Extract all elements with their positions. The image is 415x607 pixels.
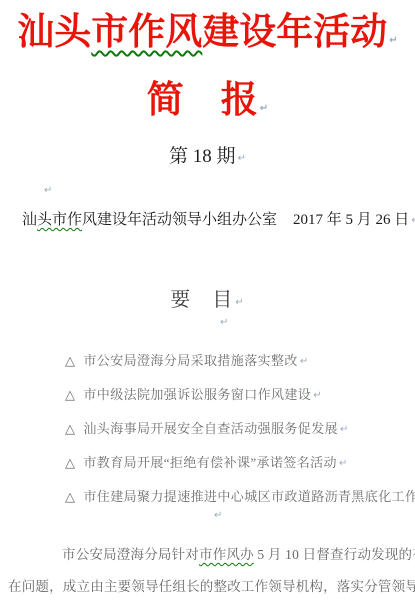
paragraph-mark-icon: ↵: [340, 424, 349, 435]
paragraph-mark-icon: ↵: [411, 215, 415, 226]
toc-heading-text: 要 目: [170, 289, 233, 311]
toc-item-text: 市教育局开展“拒绝有偿补课”承诺签名活动: [83, 455, 337, 470]
paragraph-mark-icon: ↵: [220, 317, 228, 328]
publisher-name-post: 风建设年活动领导小组办公室: [82, 212, 277, 228]
issue-number: 第 18 期↵: [0, 141, 415, 168]
toc-item: △市公安局澄海分局采取措施落实整改↵: [65, 350, 309, 369]
toc-item: △市住建局聚力提速推进中心城区市政道路沥青黑底化工作↵: [65, 486, 415, 505]
toc-item-text: 市公安局澄海分局采取措施落实整改: [83, 353, 297, 368]
masthead-title-pre: 汕头: [17, 12, 91, 53]
toc-item: △汕头海事局开展安全自查活动强服务促发展↵: [65, 418, 349, 437]
toc-item: △市中级法院加强诉讼服务窗口作风建设↵: [65, 384, 322, 403]
triangle-bullet-icon: △: [65, 422, 75, 437]
bulletin-page: 汕头市作风建设年活动↵ 简 报↵ 第 18 期↵ ↵ 汕头市作风建设年活动领导小…: [0, 0, 415, 607]
body-paragraph-line: 市公安局澄海分局针对市作风办 5 月 10 日督查行动发现的存: [62, 543, 415, 563]
publisher-line: 汕头市作风建设年活动领导小组办公室2017 年 5 月 26 日↵: [22, 208, 415, 229]
spellcheck-wavy-text: 市作风: [91, 12, 202, 53]
paragraph-mark-icon: ↵: [339, 458, 348, 469]
paragraph-mark-icon: ↵: [313, 390, 322, 401]
issue-number-text: 第 18 期: [169, 146, 236, 167]
masthead-title-post: 建设年活动: [202, 12, 387, 53]
paragraph-mark-icon: ↵: [260, 103, 268, 114]
toc-heading: 要 目↵: [0, 283, 415, 312]
masthead-title: 汕头市作风建设年活动↵: [0, 8, 415, 58]
paragraph-mark-icon: ↵: [300, 356, 309, 367]
triangle-bullet-icon: △: [65, 354, 75, 369]
paragraph-mark-icon: ↵: [44, 185, 52, 196]
paragraph-mark-icon: ↵: [214, 510, 222, 521]
paragraph-mark-icon: ↵: [238, 153, 246, 164]
triangle-bullet-icon: △: [65, 456, 75, 471]
body-text-post: 5 月 10 日督查行动发现的存: [254, 547, 415, 562]
paragraph-mark-icon: ↵: [389, 35, 397, 46]
bulletin-title: 简 报↵: [0, 78, 415, 124]
toc-item-text: 汕头海事局开展安全自查活动强服务促发展: [83, 421, 338, 436]
toc-item: △市教育局开展“拒绝有偿补课”承诺签名活动↵: [65, 452, 348, 471]
spellcheck-wavy-text: 市作风办: [199, 547, 254, 562]
body-text-pre: 市公安局澄海分局针对: [62, 547, 199, 562]
triangle-bullet-icon: △: [65, 490, 75, 505]
bulletin-title-text: 简 报: [147, 80, 258, 121]
publisher-name-pre: 汕: [22, 212, 37, 228]
publish-date: 2017 年 5 月 26 日: [293, 212, 409, 228]
paragraph-mark-icon: ↵: [235, 297, 244, 308]
toc-item-text: 市中级法院加强诉讼服务窗口作风建设: [83, 387, 311, 402]
body-paragraph-line: 在问题，成立由主要领导任组长的整改工作领导机构，落实分管领导: [8, 575, 415, 595]
triangle-bullet-icon: △: [65, 388, 75, 403]
toc-item-text: 市住建局聚力提速推进中心城区市政道路沥青黑底化工作: [83, 489, 415, 504]
spellcheck-wavy-text: 头市作: [37, 212, 82, 228]
body-text: 在问题，成立由主要领导任组长的整改工作领导机构，落实分管领导: [8, 579, 415, 594]
